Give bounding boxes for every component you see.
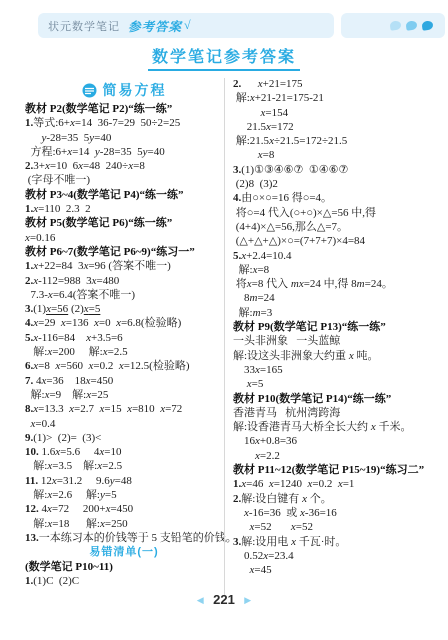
content-line: 解:x+21-21=175-21: [233, 91, 435, 105]
content-line: 教材 P6~7(数学笔记 P6~9)“练习一”: [25, 245, 223, 259]
content-line: (2)8 (3)2: [233, 177, 435, 191]
content-line: (△+△+△)×○=(7+7+7)×4=84: [233, 234, 435, 248]
left-column: 简易方程 教材 P2(数学笔记 P2)“练一练”1.等式:6+x=14 36-7…: [25, 80, 223, 588]
content-line: 教材 P10(数学笔记 P14)“练一练”: [233, 392, 435, 406]
dot-icon: [421, 20, 433, 30]
content-line: 解:x=8: [233, 263, 435, 277]
column-divider: [224, 78, 225, 595]
content-line: 2.解:设白键有 x 个。: [233, 492, 435, 506]
content-line: 香港青马 杭州湾跨海: [233, 406, 435, 420]
content-line: 解:21.5x÷21.5=172÷21.5: [233, 134, 435, 148]
content-line: 1.x=46 x=1240 x=0.2 x=1: [233, 477, 435, 491]
content-line: x-16=36 或 x-36=16: [233, 506, 435, 520]
content-line: 将○=4 代入(○+○)×△=56 中,得: [233, 206, 435, 220]
content-line: 33x=165: [233, 363, 435, 377]
content-line: 解:m=3: [233, 306, 435, 320]
prev-page-icon[interactable]: ◀: [197, 595, 204, 605]
content-line: 8m=24: [233, 291, 435, 305]
section-title: 简易方程: [103, 80, 167, 100]
content-line: x=154: [233, 106, 435, 120]
content-line: 解:x=3.5 解:x=2.5: [25, 459, 223, 473]
content-line: (字母不唯一): [25, 173, 223, 187]
page-title: 数学笔记参考答案: [148, 44, 300, 71]
content-line: 2.3+x=10 6x=48 240÷x=8: [25, 159, 223, 173]
dot-icon: [405, 20, 417, 30]
content-line: 教材 P5(数学笔记 P6)“练一练”: [25, 216, 223, 230]
content-line: 教材 P3~4(数学笔记 P4)“练一练”: [25, 188, 223, 202]
content-line: 12. 4x=72 200+x=450: [25, 502, 223, 516]
content-line: 2. x+21=175: [233, 77, 435, 91]
next-page-icon[interactable]: ▶: [244, 595, 251, 605]
content-line: x=5: [233, 377, 435, 391]
content-line: 易错清单(一): [25, 545, 223, 559]
header-bar: 状元数学笔记 参考答案 √: [38, 13, 334, 38]
content-line: 教材 P9(数学笔记 P13)“练一练”: [233, 320, 435, 334]
content-line: 21.5x=172: [233, 120, 435, 134]
content-line: 16x+0.8=36: [233, 434, 435, 448]
book-icon: [82, 83, 97, 98]
brand-label: 状元数学笔记: [48, 18, 120, 34]
content-line: 4.由○×○=16 得○=4。: [233, 191, 435, 205]
section-header: 简易方程: [25, 80, 223, 100]
content-line: x=0.4: [25, 417, 223, 431]
content-line: 9.(1)> (2)= (3)<: [25, 431, 223, 445]
answer-book-page: 状元数学笔记 参考答案 √ 数学笔记参考答案 简易方程 教材 P2(数学笔记 P…: [0, 0, 448, 640]
content-line: 解:x=18 解:x=250: [25, 517, 223, 531]
content-line: x=0.16: [25, 231, 223, 245]
content-line: x=45: [233, 563, 435, 577]
content-line: 13.一本练习本的价钱等于 5 支铅笔的价钱。: [25, 531, 223, 545]
content-line: 4.x=29 x=136 x=0 x=6.8(检验略): [25, 316, 223, 330]
content-line: 解:设香港青马大桥全长大约 x 千米。: [233, 420, 435, 434]
content-line: 10. 1.6x=5.6 4x=10: [25, 445, 223, 459]
content-line: x=2.2: [233, 449, 435, 463]
content-line: 解:x=2.6 解:y=5: [25, 488, 223, 502]
content-line: 解:设这头非洲象大约重 x 吨。: [233, 349, 435, 363]
content-line: 方程:6+x=14 y-28=35 5y=40: [25, 145, 223, 159]
content-line: 1.x=110 2.3 2: [25, 202, 223, 216]
content-line: 3.(1)①③④⑥⑦ ①④⑥⑦: [233, 163, 435, 177]
content-line: 11. 12x=31.2 9.6y=48: [25, 474, 223, 488]
content-line: (4+4)×△=56,那么△=7。: [233, 220, 435, 234]
content-line: 7. 4x=36 18x=450: [25, 374, 223, 388]
content-line: 5.x-116=84 x+3.5=6: [25, 331, 223, 345]
content-line: y-28=35 5y=40: [25, 131, 223, 145]
content-line: 解:x=9 解:x=25: [25, 388, 223, 402]
content-line: 一头非洲象 一头蓝鲸: [233, 334, 435, 348]
content-line: 教材 P11~12(数学笔记 P15~19)“练习二”: [233, 463, 435, 477]
content-line: 5.x+2.4=10.4: [233, 249, 435, 263]
page-number: 221: [213, 592, 235, 607]
content-line: 将x=8 代入 mx=24 中,得 8m=24。: [233, 277, 435, 291]
content-line: 3.(1)x=56 (2)x=5: [25, 302, 223, 316]
right-column: 2. x+21=175 解:x+21-21=175-21 x=154 21.5x…: [233, 77, 435, 577]
content-line: 3.解:设用电 x 千瓦·时。: [233, 535, 435, 549]
content-line: x=52 x=52: [233, 520, 435, 534]
content-line: x=8: [233, 148, 435, 162]
page-footer: ◀ 221 ▶: [0, 591, 448, 609]
answers-badge: 参考答案: [128, 17, 182, 35]
content-line: 2.x-112=988 3x=480: [25, 274, 223, 288]
content-line: 1.(1)C (2)C: [25, 574, 223, 588]
content-line: 教材 P2(数学笔记 P2)“练一练”: [25, 102, 223, 116]
dot-icon: [389, 20, 401, 30]
check-icon: √: [184, 18, 191, 33]
content-line: 解:x=200 解:x=2.5: [25, 345, 223, 359]
content-line: 6.x=8 x=560 x=0.2 x=12.5(检验略): [25, 359, 223, 373]
content-line: 1.x+22=84 3x=96 (答案不唯一): [25, 259, 223, 273]
content-line: 1.等式:6+x=14 36-7=29 50÷2=25: [25, 116, 223, 130]
content-line: 0.52x=23.4: [233, 549, 435, 563]
header-decoration: [341, 13, 445, 38]
content-line: (数学笔记 P10~11): [25, 560, 223, 574]
content-line: 8.x=13.3 x=2.7 x=15 x=810 x=72: [25, 402, 223, 416]
content-line: 7.3-x=6.4(答案不唯一): [25, 288, 223, 302]
